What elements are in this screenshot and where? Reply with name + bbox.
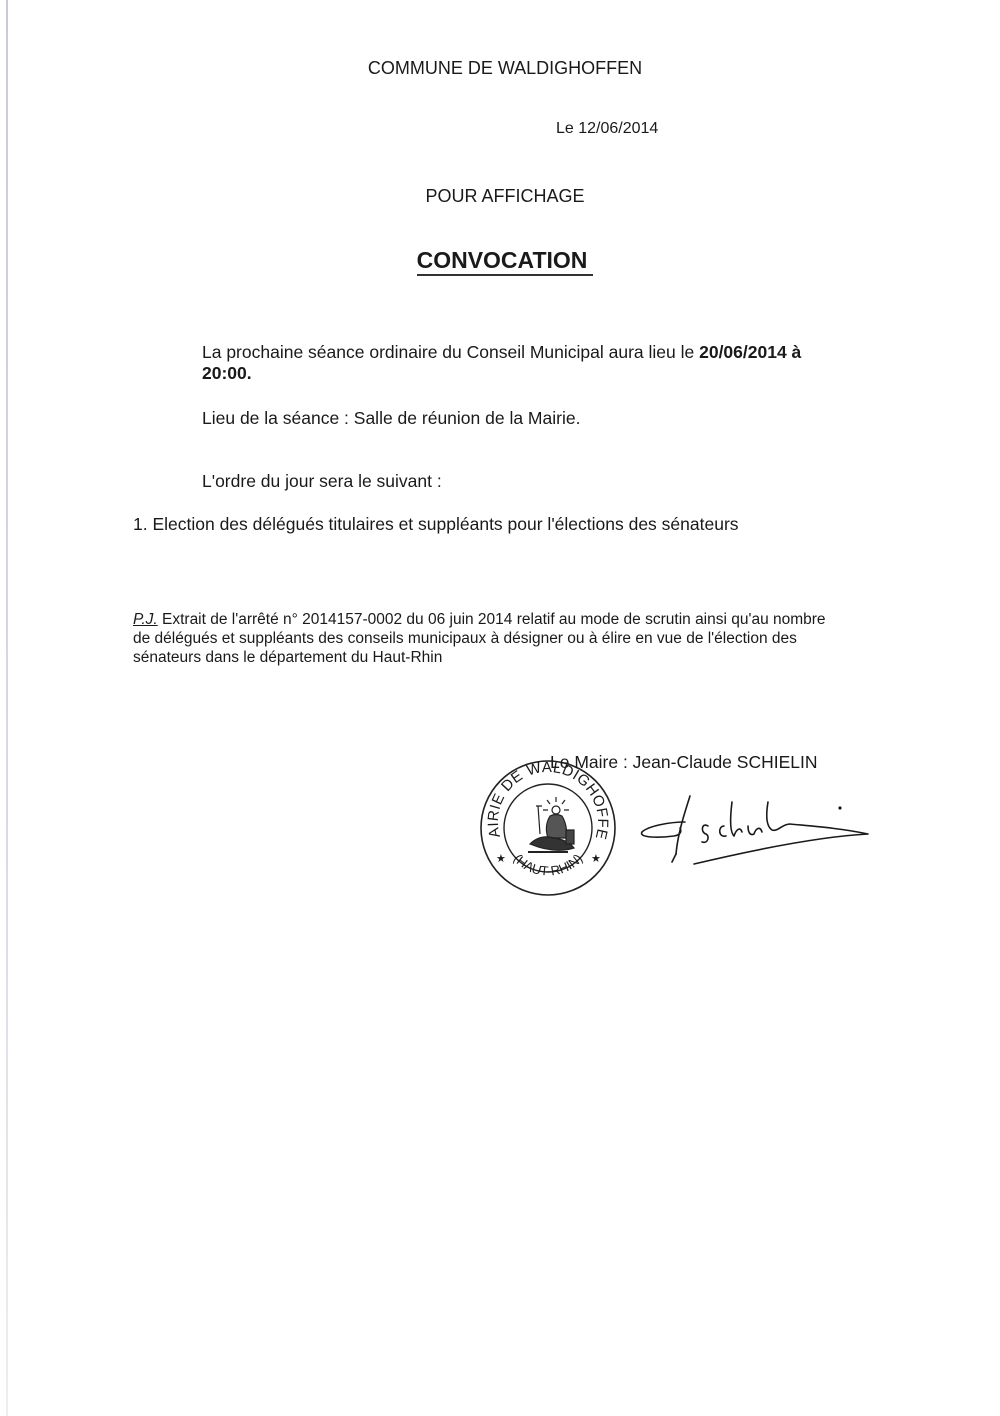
mairie-seal-icon: MAIRIE DE WALDIGHOFFEN (HAUT-RHIN) ★ ★ [478, 758, 618, 898]
posting-notice: POUR AFFICHAGE [0, 186, 1000, 207]
agenda-intro: L'ordre du jour sera le suivant : [202, 471, 442, 492]
attachment-note: P.J. Extrait de l'arrêté n° 2014157-0002… [133, 610, 826, 667]
document-title-text: CONVOCATION [417, 248, 594, 276]
seal-star-left: ★ [496, 853, 506, 865]
seal-star-right: ★ [591, 853, 601, 865]
document-title: CONVOCATION [0, 247, 1000, 276]
scan-edge-artifact [6, 0, 8, 1416]
signatory-line: Le Maire : Jean-Claude SCHIELIN [550, 752, 817, 773]
meeting-announcement: La prochaine séance ordinaire du Conseil… [202, 342, 801, 384]
commune-name: COMMUNE DE WALDIGHOFFEN [0, 58, 1000, 79]
handwritten-signature-icon [630, 792, 880, 877]
meeting-time: 20:00. [202, 363, 252, 383]
svg-text:(HAUT-RHIN): (HAUT-RHIN) [511, 851, 586, 879]
document-date: Le 12/06/2014 [556, 120, 658, 138]
attachment-line: Extrait de l'arrêté n° 2014157-0002 du 0… [158, 611, 826, 628]
seal-bottom-text: (HAUT-RHIN) [511, 851, 586, 879]
meeting-date: 20/06/2014 à [699, 342, 801, 362]
attachment-label: P.J. [133, 611, 158, 628]
meeting-intro: La prochaine séance ordinaire du Conseil… [202, 342, 699, 362]
agenda-item: 1. Election des délégués titulaires et s… [133, 514, 739, 535]
attachment-line: sénateurs dans le département du Haut-Rh… [133, 649, 442, 666]
attachment-line: de délégués et suppléants des conseils m… [133, 630, 797, 647]
meeting-location: Lieu de la séance : Salle de réunion de … [202, 408, 580, 429]
